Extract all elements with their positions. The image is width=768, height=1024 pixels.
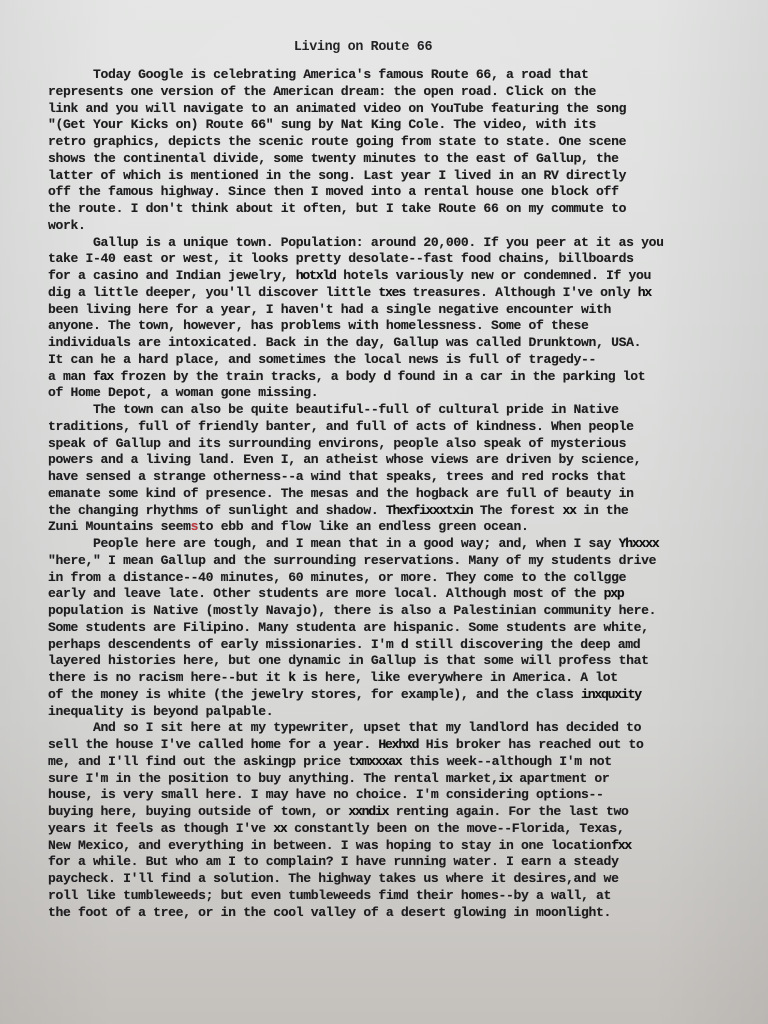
text-line: there is no racism here--but it k is her… — [48, 670, 748, 687]
text-line: have sensed a strange otherness--a wind … — [48, 469, 748, 486]
text-line: paycheck. I'll find a solution. The high… — [48, 871, 748, 888]
text-line: buying here, buying outside of town, or … — [48, 804, 748, 821]
text-line: perhaps descendents of early missionarie… — [48, 637, 748, 654]
text-line: a man fax frozen by the train tracks, a … — [48, 369, 748, 386]
text-line: Gallup is a unique town. Population: aro… — [48, 235, 748, 252]
text-line: emanate some kind of presence. The mesas… — [48, 486, 748, 503]
text-line: It can he a hard place, and sometimes th… — [48, 352, 748, 369]
document-body: Today Google is celebrating America's fa… — [48, 67, 748, 921]
text-line: house, is very small here. I may have no… — [48, 787, 748, 804]
text-line: Today Google is celebrating America's fa… — [48, 67, 748, 84]
text-line: People here are tough, and I mean that i… — [48, 536, 748, 553]
struck-out-text: xx — [273, 821, 286, 836]
text-line: "here," I mean Gallup and the surroundin… — [48, 553, 748, 570]
struck-out-text: k — [288, 670, 295, 685]
struck-out-text: Yhxxxx — [619, 536, 659, 551]
text-line: years it feels as though I've xx constan… — [48, 821, 748, 838]
text-line: latter of which is mentioned in the song… — [48, 168, 748, 185]
text-line: of the money is white (the jewelry store… — [48, 687, 748, 704]
text-line: early and leave late. Other students are… — [48, 586, 748, 603]
struck-out-text: hx — [638, 285, 651, 300]
struck-out-text: pxp — [604, 586, 624, 601]
paragraph-1: Today Google is celebrating America's fa… — [48, 67, 748, 235]
struck-out-text: Thexfixxxtxin — [386, 503, 473, 518]
text-line: work. — [48, 218, 748, 235]
struck-out-text: xxndix — [348, 804, 388, 819]
text-line: population is Native (mostly Navajo), th… — [48, 603, 748, 620]
struck-out-text: fax — [93, 369, 113, 384]
text-line: And so I sit here at my typewriter, upse… — [48, 720, 748, 737]
text-line: dig a little deeper, you'll discover lit… — [48, 285, 748, 302]
text-line: take I-40 east or west, it looks pretty … — [48, 251, 748, 268]
text-line: speak of Gallup and its surrounding envi… — [48, 436, 748, 453]
text-line: roll like tumbleweeds; but even tumblewe… — [48, 888, 748, 905]
text-line: New Mexico, and everything in between. I… — [48, 838, 748, 855]
paragraph-3: The town can also be quite beautiful--fu… — [48, 402, 748, 536]
text-line: layered histories here, but one dynamic … — [48, 653, 748, 670]
paragraph-5: And so I sit here at my typewriter, upse… — [48, 720, 748, 921]
struck-out-text: txmxxxax — [348, 754, 401, 769]
text-line: in from a distance--40 minutes, 60 minut… — [48, 570, 748, 587]
text-line: The town can also be quite beautiful--fu… — [48, 402, 748, 419]
text-line: inequality is beyond palpable. — [48, 704, 748, 721]
struck-out-text: txes — [378, 285, 405, 300]
text-line: individuals are intoxicated. Back in the… — [48, 335, 748, 352]
paragraph-2: Gallup is a unique town. Population: aro… — [48, 235, 748, 403]
struck-out-text: d — [401, 637, 408, 652]
struck-out-text: hotxld — [296, 268, 336, 283]
text-line: shows the continental divide, some twent… — [48, 151, 748, 168]
struck-out-text: ix — [498, 771, 511, 786]
text-line: me, and I'll find out the askingp price … — [48, 754, 748, 771]
text-line: the route. I don't think about it often,… — [48, 201, 748, 218]
text-line: link and you will navigate to an animate… — [48, 101, 748, 118]
text-line: off the famous highway. Since then I mov… — [48, 184, 748, 201]
text-line: of Home Depot, a woman gone missing. — [48, 385, 748, 402]
text-line: the foot of a tree, or in the cool valle… — [48, 905, 748, 922]
struck-out-text: xx — [563, 503, 576, 518]
text-line: anyone. The town, however, has problems … — [48, 318, 748, 335]
text-line: the changing rhythms of sunlight and sha… — [48, 503, 748, 520]
text-line: sell the house I've called home for a ye… — [48, 737, 748, 754]
text-line: Some students are Filipino. Many student… — [48, 620, 748, 637]
text-line: powers and a living land. Even I, an ath… — [48, 452, 748, 469]
text-line: Zuni Mountains seemsto ebb and flow like… — [48, 519, 748, 536]
text-line: retro graphics, depicts the scenic route… — [48, 134, 748, 151]
typewritten-page: Living on Route 66 Today Google is celeb… — [48, 40, 748, 921]
text-line: for a casino and Indian jewelry, hotxld … — [48, 268, 748, 285]
text-line: been living here for a year, I haven't h… — [48, 302, 748, 319]
text-line: "(Get Your Kicks on) Route 66" sung by N… — [48, 117, 748, 134]
struck-out-text: d — [383, 369, 390, 384]
text-line: sure I'm in the position to buy anything… — [48, 771, 748, 788]
red-ink-letter: s — [191, 519, 199, 534]
page-title: Living on Route 66 — [48, 40, 678, 55]
struck-out-text: Hexhxd — [378, 737, 418, 752]
text-line: traditions, full of friendly banter, and… — [48, 419, 748, 436]
struck-out-text: inxquxity — [581, 687, 641, 702]
text-line: for a while. But who am I to complain? I… — [48, 854, 748, 871]
text-line: represents one version of the American d… — [48, 84, 748, 101]
struck-out-text: fxx — [611, 838, 631, 853]
paragraph-4: People here are tough, and I mean that i… — [48, 536, 748, 720]
